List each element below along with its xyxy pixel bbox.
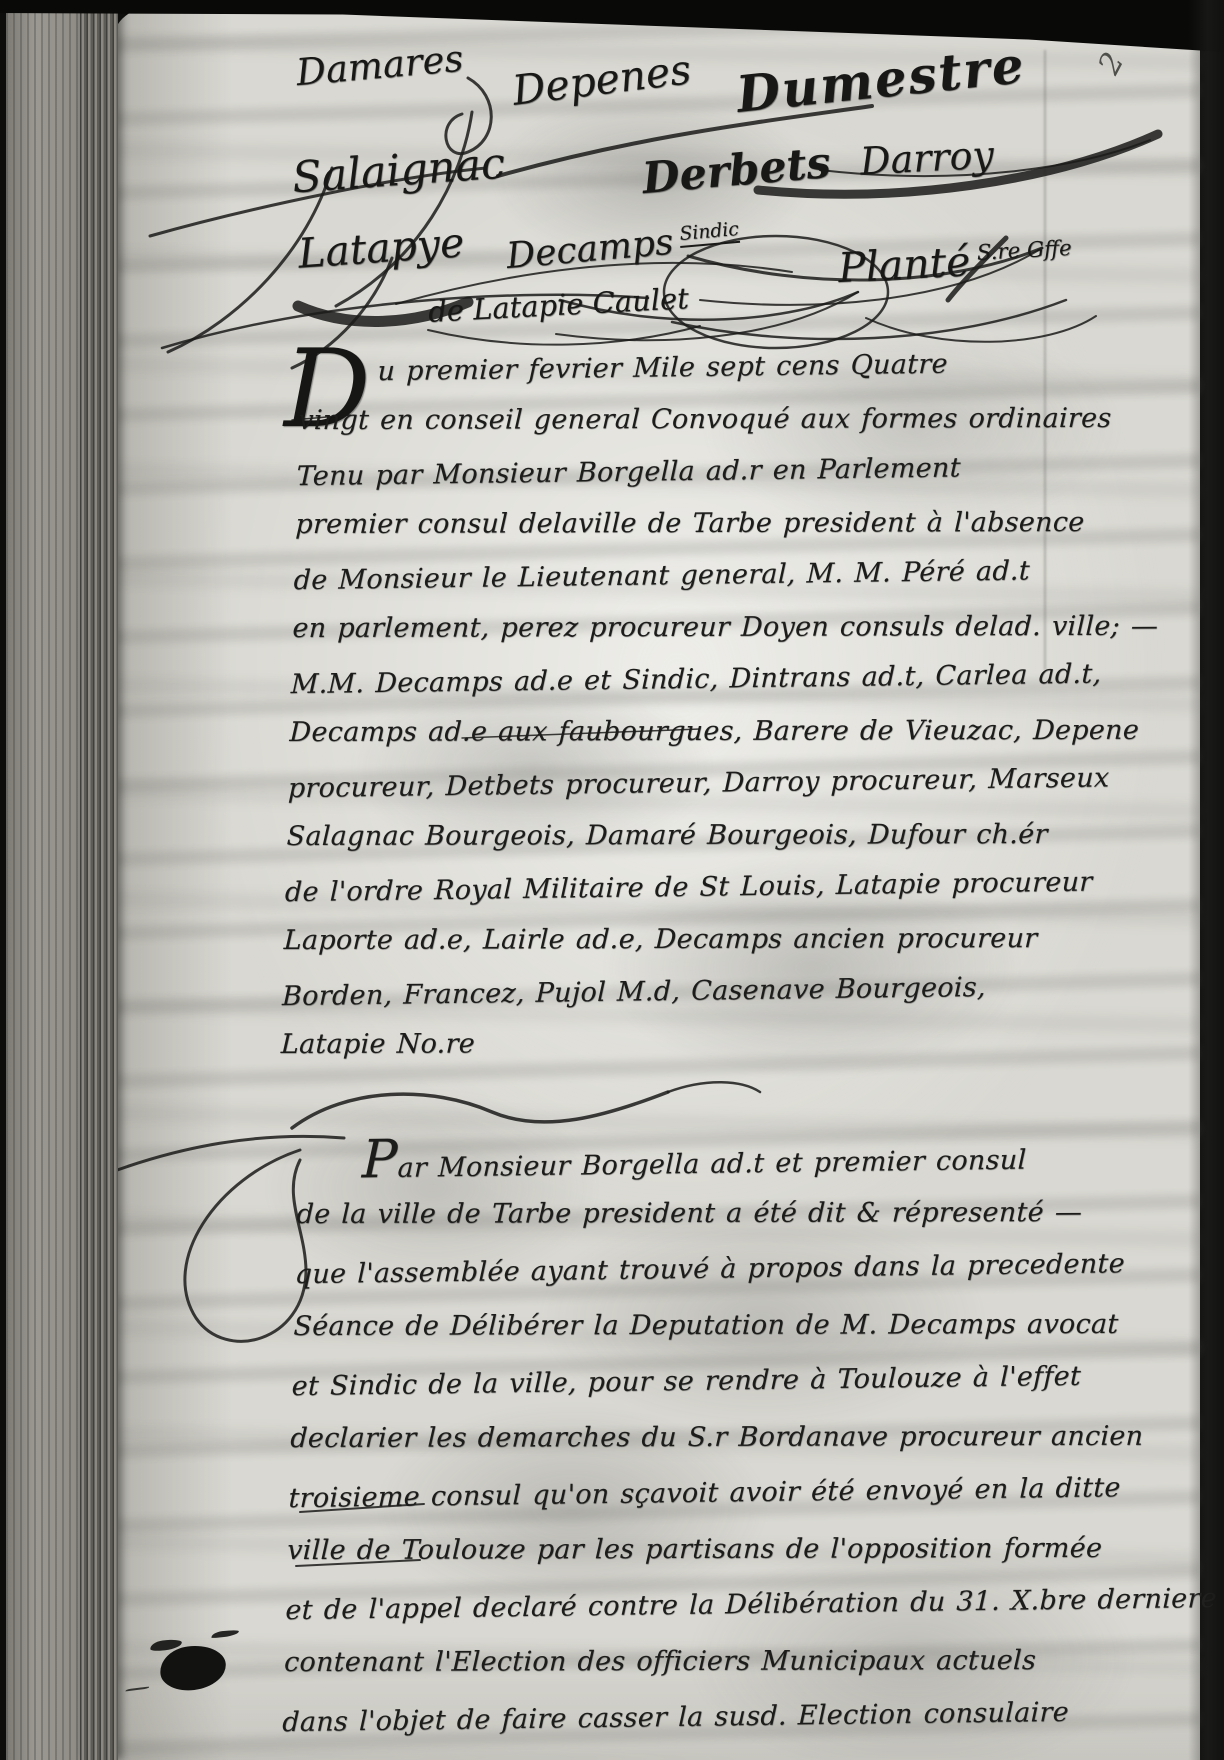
manuscript-line: de Monsieur le Lieutenant general, M. M.… [293,555,1084,617]
manuscript-line: Par Monsieur Borgella ad.t et premier co… [297,1137,1089,1203]
manuscript-scan: 2 Damares Depenes Dumestre Salaignac Der… [0,0,1224,1760]
manuscript-line: Tenu par Monsieur Borgella ad.r en Parle… [296,451,1087,513]
manuscript-line: Séance de Délibérer la Deputation de M. … [292,1309,1084,1367]
manuscript-line: Laporte ad.e, Lairle ad.e, Decamps ancie… [283,923,1075,977]
manuscript-line: Latapie No.re [280,1027,1072,1081]
manuscript-line: M.M. Decamps ad.e et Sindic, Dintrans ad… [290,659,1081,721]
manuscript-line: de la ville de Tarbe president a été dit… [295,1197,1087,1255]
signature-darroy: Darroy [859,133,995,184]
manuscript-line: Salagnac Bourgeois, Damaré Bourgeois, Du… [285,819,1077,873]
manuscript-line: ville de Toulouze par les partisans de l… [286,1533,1078,1591]
manuscript-line: et Sindic de la ville, pour se rendre à … [291,1361,1083,1427]
manuscript-line: Borden, Francez, Pujol M.d, Casenave Bou… [281,971,1072,1033]
manuscript-line: procureur, Detbets procureur, Darroy pro… [287,763,1078,825]
manuscript-line: troisieme consul qu'on sçavoit avoir été… [288,1473,1080,1539]
manuscript-line: dans l'objet de faire casser la susd. El… [281,1697,1073,1760]
manuscript-line: premier consul delaville de Tarbe presid… [294,507,1086,561]
manuscript-line: vingt en conseil general Convoqué aux fo… [297,403,1089,457]
manuscript-line: que l'assemblée ayant trouvé à propos da… [294,1249,1086,1315]
signature-plante-title: S.re Gffe [976,236,1072,267]
manuscript-line: et de l'appel declaré contre la Délibéra… [285,1585,1077,1651]
manuscript-line: Decamps ad.e aux faubourgues, Barere de … [288,715,1080,769]
signature-decamps-title: Sindic [679,219,740,248]
paragraph-date-and-attendees: u premier fevrier Mile sept cens Quatre … [280,349,1091,1082]
paragraph-deliberation: Par Monsieur Borgella ad.t et premier co… [281,1139,1088,1760]
scan-right-shadow [1188,0,1224,1760]
manuscript-line: en parlement, perez procureur Doyen cons… [291,611,1083,665]
manuscript-line: declarier les demarches du S.r Bordanave… [289,1421,1081,1479]
manuscript-line: de l'ordre Royal Militaire de St Louis, … [284,867,1075,929]
book-cover-edge [6,0,80,1760]
signature-plante-name: Planté [837,237,972,292]
stacked-page-edges [80,0,118,1760]
manuscript-line: contenant l'Election des officiers Munic… [283,1645,1075,1703]
manuscript-line: u premier fevrier Mile sept cens Quatre [299,347,1090,409]
